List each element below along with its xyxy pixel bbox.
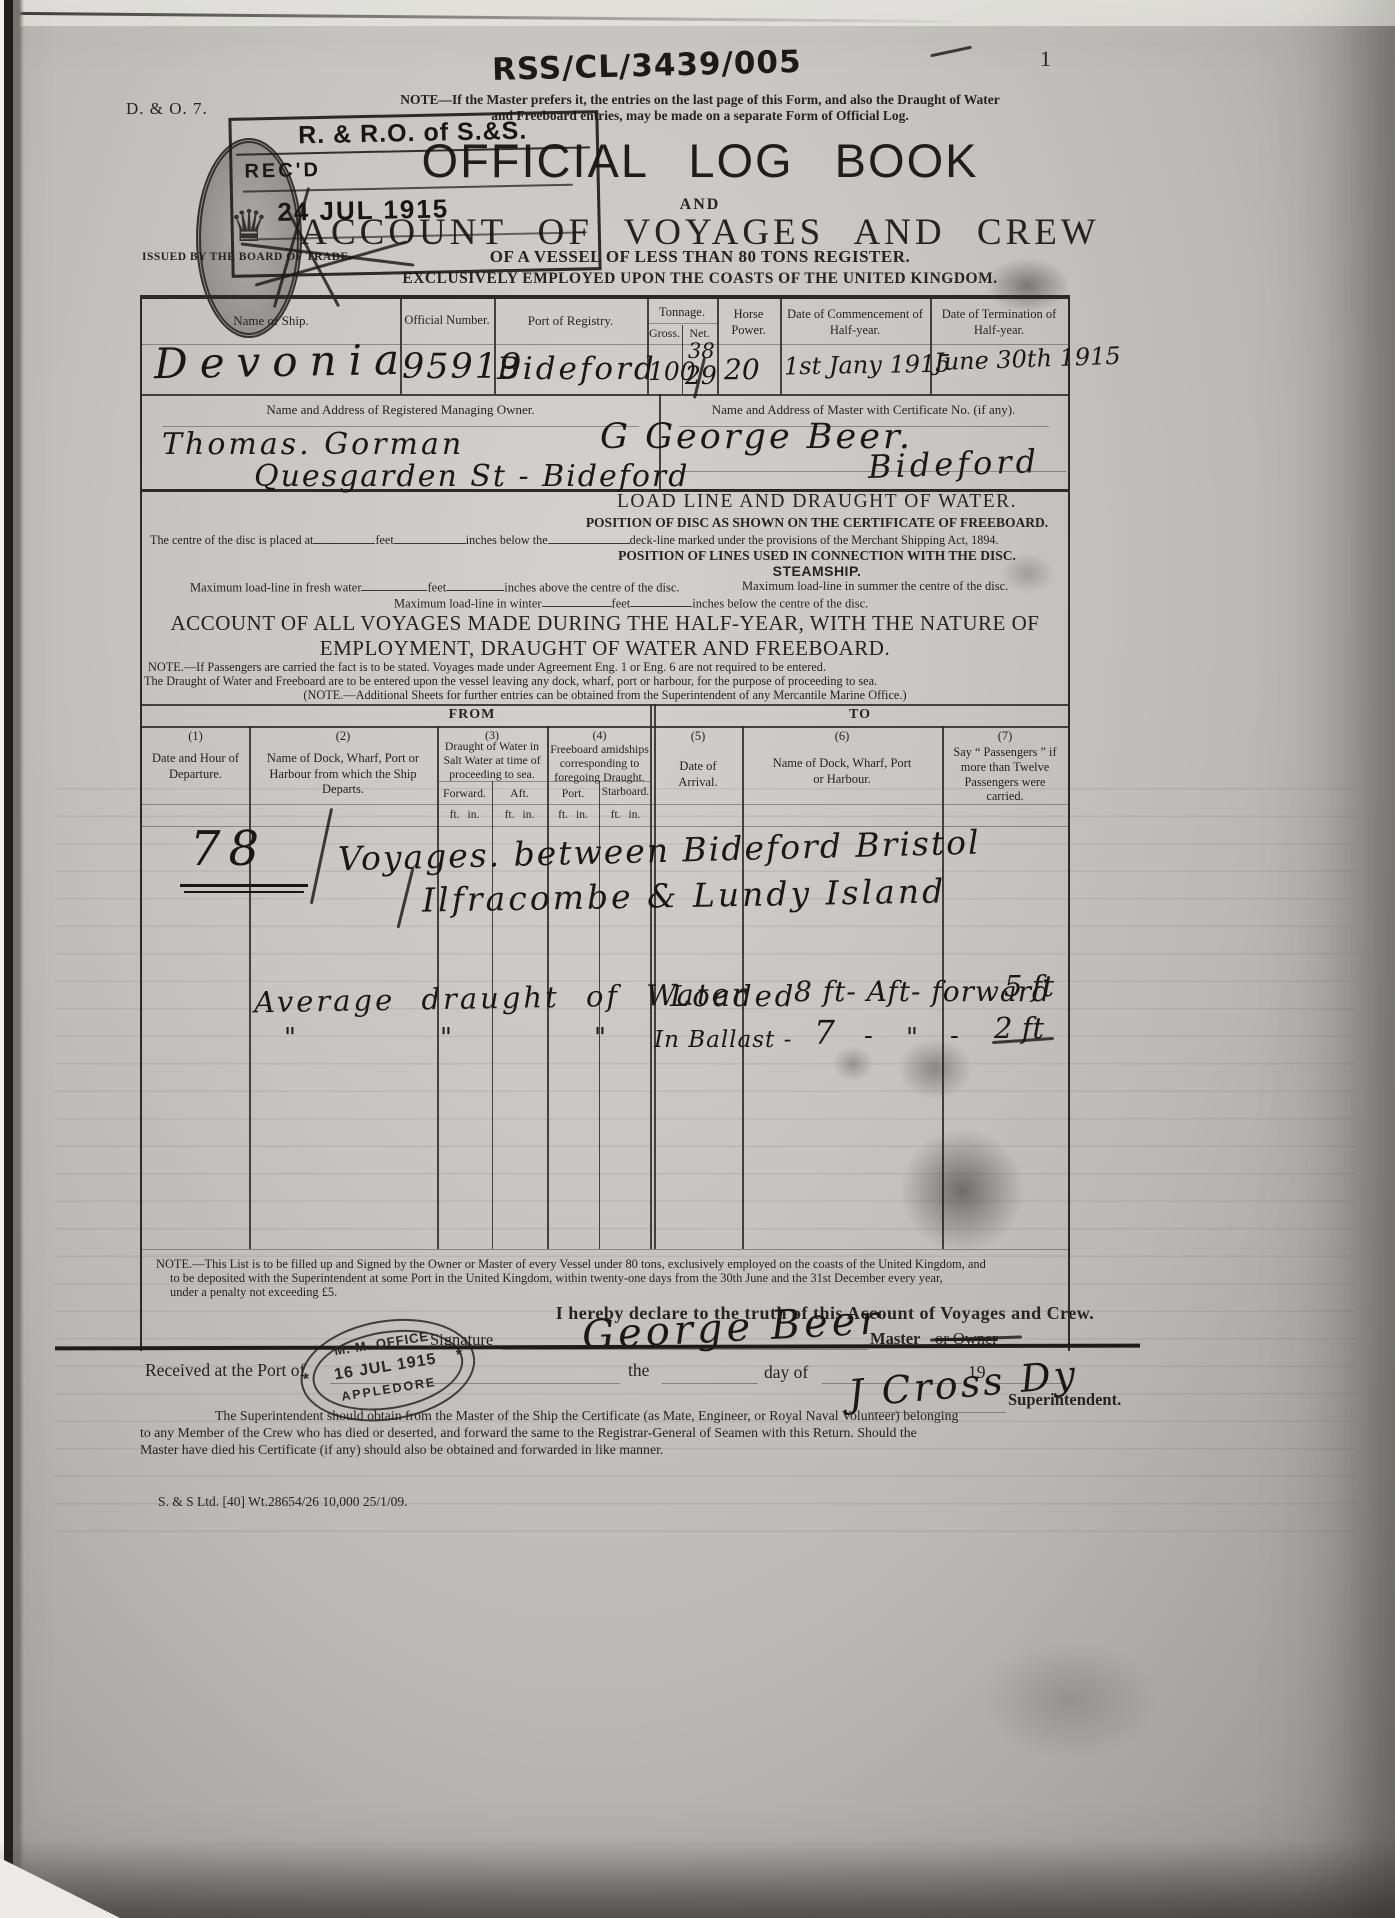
received-day-label: day of xyxy=(764,1362,808,1383)
blank-line xyxy=(361,579,427,591)
pen-underline xyxy=(180,884,308,887)
col3-sub-forward: Forward. xyxy=(437,786,492,801)
col1-num: (1) xyxy=(142,729,249,744)
dash-mark: - xyxy=(950,1021,959,1051)
col2-label: Name of Dock, Wharf, Port or Harbour fro… xyxy=(254,751,432,798)
master-port-value: Bideford xyxy=(867,442,1040,486)
fresh-water-line: Maximum load-line in fresh waterfeetinch… xyxy=(190,579,680,595)
owner-header: Name and Address of Registered Managing … xyxy=(142,402,659,418)
disc-centre-line: The centre of the disc is placed atfeeti… xyxy=(150,532,999,548)
super-note-line2: to any Member of the Crew who has died o… xyxy=(140,1425,917,1441)
disc-centre-p1: The centre of the disc is placed at xyxy=(150,533,313,547)
avg-ballast-aft: 7 xyxy=(814,1013,835,1052)
header-note-line2: and Freeboard entries, may be made on a … xyxy=(0,108,1395,124)
account-note-line2: The Draught of Water and Freeboard are t… xyxy=(144,674,877,689)
col3-sub-aft: Aft. xyxy=(492,786,547,801)
ink-blot xyxy=(980,1640,1160,1760)
disc-centre-p3: deck-line marked under the provisions of… xyxy=(630,533,999,547)
load-line-heading: LOAD LINE AND DRAUGHT OF WATER. xyxy=(142,491,1280,513)
summer-line: Maximum load-line in summer the centre o… xyxy=(742,579,1008,594)
disc-centre-feet: feet xyxy=(375,533,393,547)
col4-num: (4) xyxy=(547,728,652,743)
winter-p1: Maximum load-line in winter xyxy=(394,596,542,610)
grid-line xyxy=(654,704,656,1249)
voyage-count-value: 78 xyxy=(190,821,267,877)
ditto-mark: " xyxy=(594,1023,606,1053)
disc-centre-p2: inches below the xyxy=(466,533,548,547)
owner-address-value: Quesgarden St - Bideford xyxy=(254,459,689,494)
fresh-p2: inches above the centre of the disc. xyxy=(504,580,679,594)
tonnage-header: Tonnage. xyxy=(647,305,717,320)
received-port-label: Received at the Port of xyxy=(145,1360,305,1381)
dash-mark: - xyxy=(864,1021,873,1051)
official-number-header: Official Number. xyxy=(400,313,494,328)
termination-header: Date of Termination of Half-year. xyxy=(930,307,1068,338)
unit-in: in. xyxy=(629,809,641,821)
units-aft: ft.in. xyxy=(492,809,547,821)
blank-line xyxy=(548,532,630,544)
to-header: TO xyxy=(652,707,1068,723)
avg-loaded-forward: 5 ft xyxy=(1004,969,1054,1003)
col5-label: Date of Arrival. xyxy=(660,759,736,790)
pen-stroke xyxy=(930,46,972,57)
voyages-entry-line2: Ilfracombe & Lundy Island xyxy=(422,871,947,919)
ship-name-value: Devonia xyxy=(154,335,412,388)
log-book-form: Name of Ship. Official Number. Port of R… xyxy=(140,295,1070,1351)
ditto-mark: " xyxy=(906,1023,918,1053)
col4-sub-port: Port. xyxy=(547,786,599,801)
col3-label: Draught of Water in Salt Water at time o… xyxy=(439,740,545,782)
grid-line xyxy=(672,471,1066,472)
winter-feet: feet xyxy=(612,596,631,610)
blank-line xyxy=(446,579,504,591)
grid-line xyxy=(142,704,1068,706)
archive-reference: RSS/CL/3439/005 xyxy=(492,44,802,88)
termination-value: June 30th 1915 xyxy=(934,342,1122,376)
bottom-note-line3: under a penalty not exceeding £5. xyxy=(170,1285,337,1300)
printer-imprint: S. & S Ltd. [40] Wt.28654/26 10,000 25/1… xyxy=(158,1494,408,1510)
pen-underline xyxy=(184,891,304,893)
avg-loaded-label: Loaded xyxy=(670,979,796,1013)
steamship-heading: STEAMSHIP. xyxy=(142,563,1280,579)
voyages-entry-line1: Voyages. between Bideford Bristol xyxy=(338,823,981,879)
unit-ft: ft. xyxy=(611,809,621,821)
ship-name-header: Name of Ship. xyxy=(142,313,400,329)
commencement-header: Date of Commencement of Half-year. xyxy=(780,307,930,338)
port-of-registry-value: Bideford xyxy=(497,351,657,387)
bottom-shade xyxy=(0,1840,1395,1918)
fresh-feet: feet xyxy=(427,580,446,594)
account-note-line1: NOTE.—If Passengers are carried the fact… xyxy=(148,660,826,675)
unit-in: in. xyxy=(523,809,535,821)
account-note-line3: (NOTE.—Additional Sheets for further ent… xyxy=(142,688,1068,703)
unit-in: in. xyxy=(576,809,588,821)
tonnage-gross-header: Gross. xyxy=(647,326,682,341)
grid-line xyxy=(647,323,717,324)
bottom-note-line1: NOTE.—This List is to be filled up and S… xyxy=(156,1257,986,1272)
blank-line xyxy=(313,532,375,544)
received-the-label: the xyxy=(628,1360,649,1381)
position-disc-line: POSITION OF DISC AS SHOWN ON THE CERTIFI… xyxy=(142,515,1280,531)
col4-label: Freeboard amidships corresponding to for… xyxy=(548,743,651,785)
winter-line: Maximum load-line in winterfeetinches be… xyxy=(394,595,868,611)
grid-line xyxy=(142,804,1068,805)
winter-p2: inches below the centre of the disc. xyxy=(692,596,868,610)
col6-label: Name of Dock, Wharf, Port or Harbour. xyxy=(767,756,917,787)
units-forward: ft.in. xyxy=(437,809,492,821)
grid-line xyxy=(142,394,1068,396)
blank-line xyxy=(542,595,612,607)
bottom-note-line2: to be deposited with the Superintendent … xyxy=(170,1271,943,1286)
horse-power-value: 20 xyxy=(724,353,760,386)
col6-num: (6) xyxy=(742,729,942,744)
port-of-registry-header: Port of Registry. xyxy=(494,313,647,329)
blank-line xyxy=(394,532,466,544)
header-note-line1: NOTE—If the Master prefers it, the entri… xyxy=(0,92,1395,108)
blank-line xyxy=(630,595,692,607)
position-lines-line: POSITION OF LINES USED IN CONNECTION WIT… xyxy=(142,548,1280,564)
account-heading-line2: EMPLOYMENT, DRAUGHT OF WATER AND FREEBOA… xyxy=(142,636,1068,661)
master-name-value: G George Beer. xyxy=(600,417,913,457)
pen-stroke xyxy=(310,808,333,904)
superintendent-label: Superintendent. xyxy=(1008,1390,1121,1410)
unit-ft: ft. xyxy=(505,809,515,821)
super-note-line1: The Superintendent should obtain from th… xyxy=(215,1408,958,1424)
master-header: Name and Address of Master with Certific… xyxy=(659,402,1068,418)
col1-label: Date and Hour of Departure. xyxy=(150,751,241,782)
from-header: FROM xyxy=(372,707,572,723)
grid-line xyxy=(142,1249,1068,1250)
col7-num: (7) xyxy=(942,729,1068,744)
col7-label: Say “ Passengers ” if more than Twelve P… xyxy=(945,745,1065,804)
unit-ft: ft. xyxy=(558,809,568,821)
avg-ballast-label: In Ballast - xyxy=(654,1027,792,1053)
horse-power-header: Horse Power. xyxy=(717,307,780,338)
col2-num: (2) xyxy=(249,729,437,744)
units-starboard: ft.in. xyxy=(599,809,652,821)
unit-ft: ft. xyxy=(450,809,460,821)
unit-in: in. xyxy=(468,809,480,821)
page-number: 1 xyxy=(1040,46,1051,72)
units-port: ft.in. xyxy=(547,809,599,821)
super-note-line3: Master have died his Certificate (if any… xyxy=(140,1442,663,1458)
ditto-mark: " xyxy=(284,1023,296,1053)
ditto-mark: " xyxy=(440,1023,452,1053)
blank-line xyxy=(662,1383,758,1384)
account-heading-line1: ACCOUNT OF ALL VOYAGES MADE DURING THE H… xyxy=(142,611,1068,636)
owner-name-value: Thomas. Gorman xyxy=(162,427,464,462)
received-stamp-org: R. & R.O. of S.&S. xyxy=(235,115,590,155)
commencement-value: 1st Jany 1915 xyxy=(784,350,951,381)
fresh-p1: Maximum load-line in fresh water xyxy=(190,580,361,594)
log-book-page: RSS/CL/3439/005 1 D. & O. 7. NOTE—If the… xyxy=(0,0,1395,1918)
col4-sub-starboard: Starboard. xyxy=(599,786,652,798)
col5-num: (5) xyxy=(654,729,742,744)
